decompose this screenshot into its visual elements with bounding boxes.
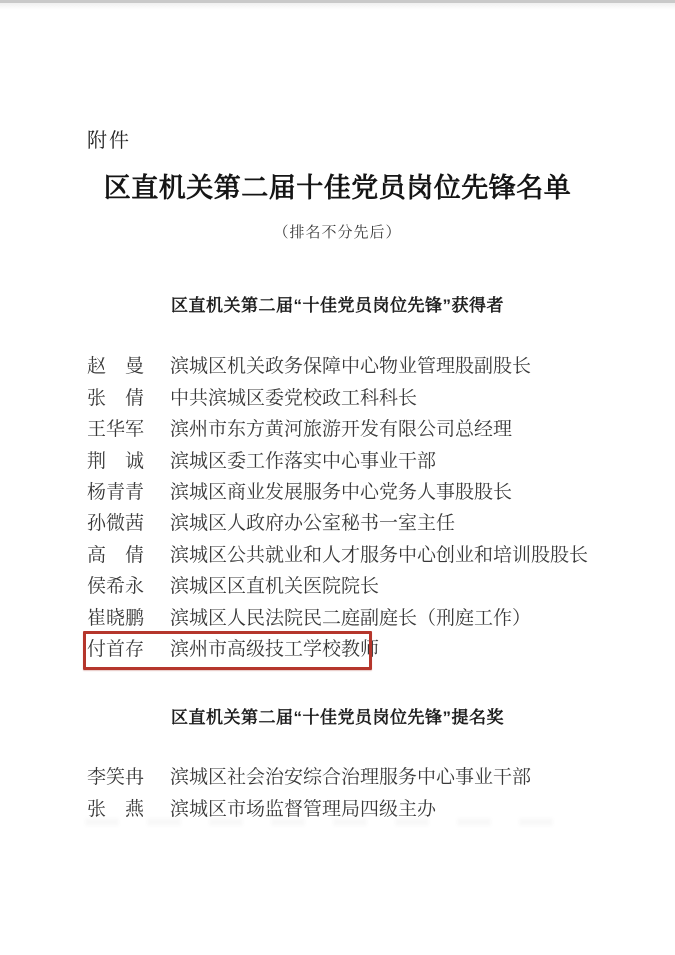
entry-title: 中共滨城区委党校政工科科长 [170,383,417,410]
document-page: 附件 区直机关第二届十佳党员岗位先锋名单 （排名不分先后） 区直机关第二届“十佳… [0,0,675,955]
entry-title: 滨城区区直机关医院院长 [170,571,379,598]
entry-name: 付首存 [87,634,170,661]
entry-row: 付首存 滨州市高级技工学校教师 [0,632,675,663]
entry-name: 杨青青 [87,477,170,504]
entry-row: 孙微茜 滨城区人政府办公室秘书一室主任 [0,506,675,537]
entry-row: 高 倩 滨城区公共就业和人才服务中心创业和培训股股长 [0,538,675,569]
section-heading-nominees: 区直机关第二届“十佳党员岗位先锋”提名奖 [0,703,675,728]
entry-row: 李笑冉 滨城区社会治安综合治理服务中心事业干部 [0,760,675,791]
entry-title: 滨州市东方黄河旅游开发有限公司总经理 [170,414,512,441]
section-heading-winners: 区直机关第二届“十佳党员岗位先锋”获得者 [0,291,675,316]
entry-name: 王华军 [87,414,170,441]
entry-title: 滨城区机关政务保障中心物业管理股副股长 [170,351,531,378]
entry-row: 崔晓鹏 滨城区人民法院民二庭副庭长（刑庭工作） [0,601,675,632]
scan-top-edge [0,0,675,3]
entry-title: 滨城区委工作落实中心事业干部 [170,446,436,473]
nominees-list: 李笑冉 滨城区社会治安综合治理服务中心事业干部 张 燕 滨城区市场监督管理局四级… [0,760,675,823]
entry-title: 滨城区社会治安综合治理服务中心事业干部 [170,762,531,789]
attachment-label: 附件 [87,124,131,153]
page-bleed-through-mark [85,818,565,826]
entry-row: 张 倩 中共滨城区委党校政工科科长 [0,380,675,411]
entry-row: 荆 诚 滨城区委工作落实中心事业干部 [0,443,675,474]
entry-title: 滨州市高级技工学校教师 [170,634,379,661]
entry-name: 高 倩 [87,540,170,567]
winners-list: 赵 曼 滨城区机关政务保障中心物业管理股副股长 张 倩 中共滨城区委党校政工科科… [0,349,675,663]
entry-row: 赵 曼 滨城区机关政务保障中心物业管理股副股长 [0,349,675,380]
entry-title: 滨城区人政府办公室秘书一室主任 [170,508,455,535]
entry-name: 赵 曼 [87,351,170,378]
entry-title: 滨城区人民法院民二庭副庭长（刑庭工作） [170,603,531,630]
entry-row: 侯希永 滨城区区直机关医院院长 [0,569,675,600]
ranking-note: （排名不分先后） [0,221,675,242]
entry-title: 滨城区公共就业和人才服务中心创业和培训股股长 [170,540,588,567]
entry-name: 侯希永 [87,571,170,598]
entry-row: 王华军 滨州市东方黄河旅游开发有限公司总经理 [0,412,675,443]
entry-name: 张 倩 [87,383,170,410]
page-title: 区直机关第二届十佳党员岗位先锋名单 [0,166,675,205]
entry-row: 杨青青 滨城区商业发展服务中心党务人事股股长 [0,475,675,506]
entry-name: 崔晓鹏 [87,603,170,630]
entry-name: 荆 诚 [87,446,170,473]
entry-name: 张 燕 [87,794,170,821]
entry-title: 滨城区市场监督管理局四级主办 [170,794,436,821]
entry-title: 滨城区商业发展服务中心党务人事股股长 [170,477,512,504]
entry-name: 孙微茜 [87,508,170,535]
entry-name: 李笑冉 [87,762,170,789]
